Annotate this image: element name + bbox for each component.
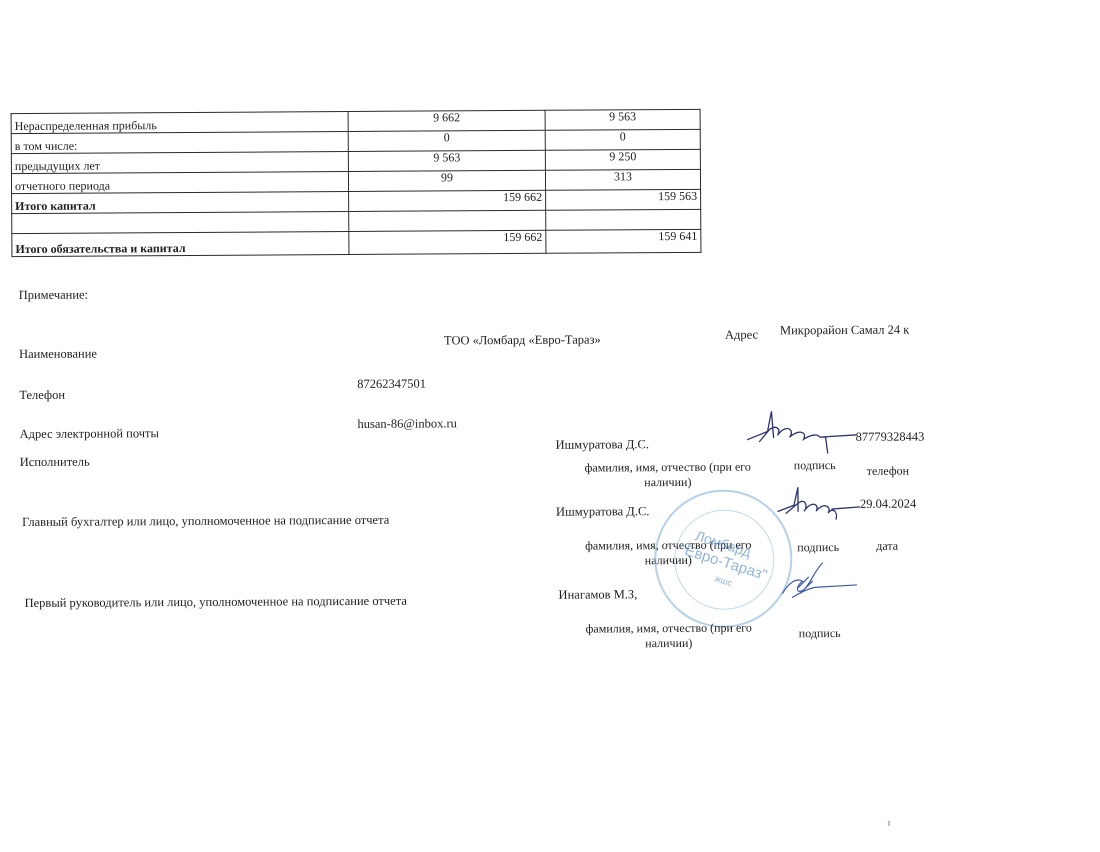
table-row-total-liabilities-equity: Итого обязательства и капитал 159 662 15… — [12, 229, 701, 256]
company-name: ТОО «Ломбард «Евро-Тараз» — [444, 332, 601, 348]
value-current: 159 662 — [349, 230, 546, 254]
value-current: 159 662 — [349, 190, 546, 211]
company-stamp: Ломбард "Евро-Тараз" жшс — [654, 489, 793, 628]
row-label — [12, 212, 349, 234]
head-fio-caption: фамилия, имя, отчество (при его наличии) — [569, 620, 769, 651]
value-current: 99 — [348, 170, 545, 191]
value-current: 0 — [348, 130, 545, 151]
row-label: предыдущих лет — [11, 152, 348, 174]
chief-accountant-signature-icon — [776, 485, 860, 526]
value-previous: 313 — [545, 169, 700, 190]
report-date: 29.04.2024 — [860, 497, 916, 512]
address-label: Адрес — [725, 328, 758, 343]
head-name: Инагамов М.З, — [558, 587, 637, 602]
head-role: Первый руководитель или лицо, уполномоче… — [25, 594, 407, 611]
address-value: Микрорайон Самал 24 к — [780, 323, 909, 339]
value-previous: 159 563 — [546, 189, 701, 210]
phone-value: 87262347501 — [357, 377, 426, 392]
value-current — [349, 210, 546, 231]
value-current: 9 563 — [348, 150, 545, 171]
email-value: husan-86@inbox.ru — [357, 416, 456, 432]
phone-label: Телефон — [19, 388, 65, 403]
row-label: отчетного периода — [11, 172, 348, 194]
executor-signature-icon — [745, 407, 857, 458]
executor-fio-caption: фамилия, имя, отчество (при его наличии) — [568, 459, 768, 490]
row-label: Нераспределенная прибыль — [11, 112, 348, 134]
note-label: Примечание: — [19, 288, 88, 303]
head-sign-caption: подпись — [799, 626, 841, 641]
date-caption: дата — [876, 539, 898, 554]
value-previous — [546, 209, 701, 230]
executor-role: Исполнитель — [20, 455, 90, 470]
document-page: Нераспределенная прибыль 9 662 9 563 в т… — [0, 0, 1100, 852]
chief-accountant-sign-caption: подпись — [797, 540, 839, 555]
value-current: 9 662 — [348, 110, 545, 131]
chief-accountant-name: Ишмуратова Д.С. — [556, 504, 649, 520]
row-label: Итого обязательства и капитал — [12, 232, 349, 257]
value-previous: 9 563 — [545, 109, 700, 130]
value-previous: 9 250 — [545, 149, 700, 170]
executor-name: Ишмуратова Д.С. — [556, 437, 649, 453]
name-label: Наименование — [19, 347, 97, 362]
row-label: в том числе: — [11, 132, 348, 154]
email-label: Адрес электронной почты — [20, 426, 159, 442]
executor-phone: 87779328443 — [856, 429, 925, 444]
balance-table: Нераспределенная прибыль 9 662 9 563 в т… — [11, 109, 702, 257]
value-previous: 159 641 — [546, 229, 701, 253]
head-signature-icon — [778, 557, 858, 601]
row-label: Итого капитал — [12, 192, 349, 214]
executor-phone-caption: телефон — [867, 464, 909, 479]
chief-accountant-role: Главный бухгалтер или лицо, уполномоченн… — [22, 513, 389, 530]
executor-sign-caption: подпись — [794, 458, 836, 473]
scan-speck — [888, 821, 890, 826]
value-previous: 0 — [545, 129, 700, 150]
